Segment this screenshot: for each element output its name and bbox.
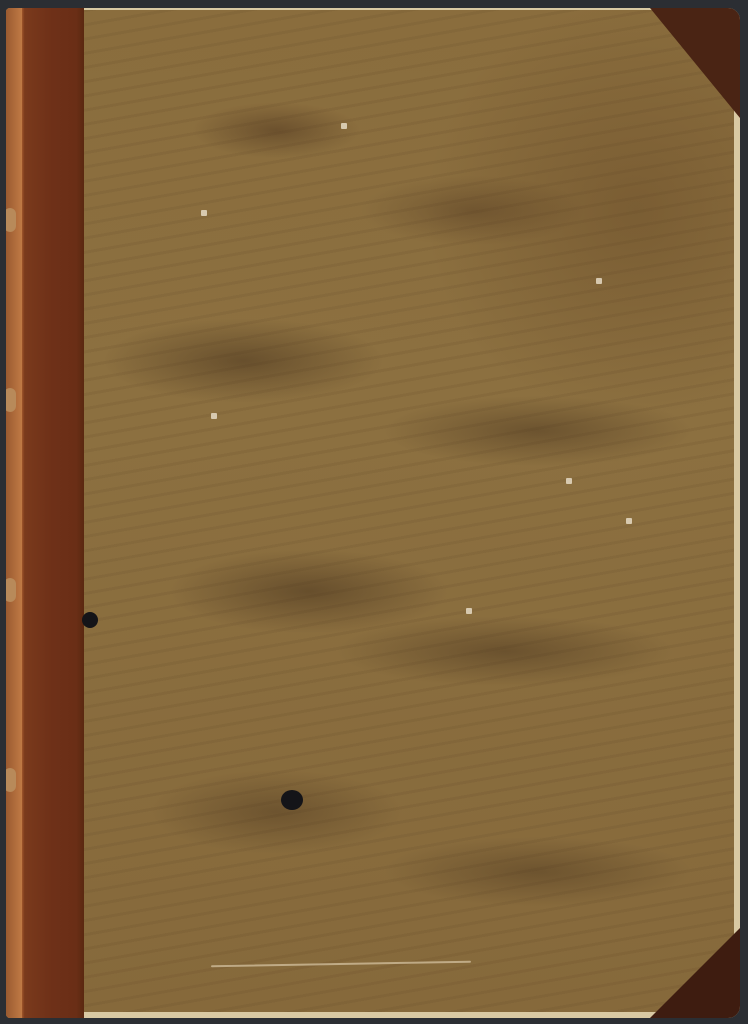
book-cover [6,8,740,1018]
raised-band [6,578,16,602]
fleck [466,608,472,614]
fleck [211,413,217,419]
fleck [626,518,632,524]
marbled-board [80,10,734,1012]
fleck [596,278,602,284]
spine-edge [6,8,22,1018]
fleck [341,123,347,129]
raised-band [6,208,16,232]
raised-band [6,768,16,792]
raised-band [6,388,16,412]
fleck [566,478,572,484]
hole [281,790,303,810]
leather-spine [6,8,84,1018]
hole [82,612,98,628]
fleck [201,210,207,216]
